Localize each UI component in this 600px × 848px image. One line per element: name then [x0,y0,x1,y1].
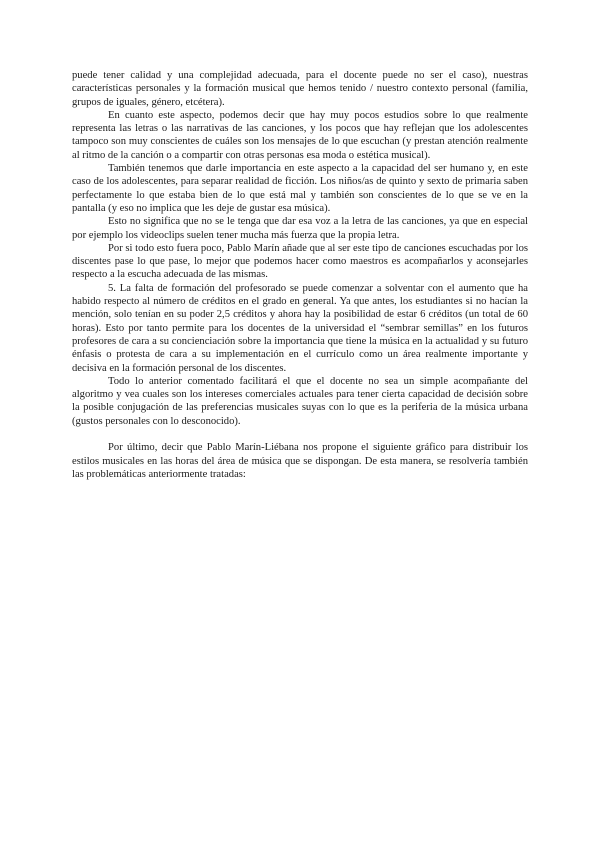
paragraph-algorithm: Todo lo anterior comentado facilitará el… [72,375,528,428]
paragraph-continuation: puede tener calidad y una complejidad ad… [72,69,528,109]
paragraph-videoclips: Esto no significa que no se le tenga que… [72,215,528,242]
paragraph-lyrics-awareness: En cuanto este aspecto, podemos decir qu… [72,109,528,162]
paragraph-conclusion: Por último, decir que Pablo Marín-Liéban… [72,441,528,481]
document-page: puede tener calidad y una complejidad ad… [72,69,528,481]
paragraph-pablo-marin: Por si todo esto fuera poco, Pablo Marín… [72,242,528,282]
paragraph-teacher-training: 5. La falta de formación del profesorado… [72,282,528,375]
paragraph-reality-fiction: También tenemos que darle importancia en… [72,162,528,215]
paragraph-spacer [72,428,528,441]
